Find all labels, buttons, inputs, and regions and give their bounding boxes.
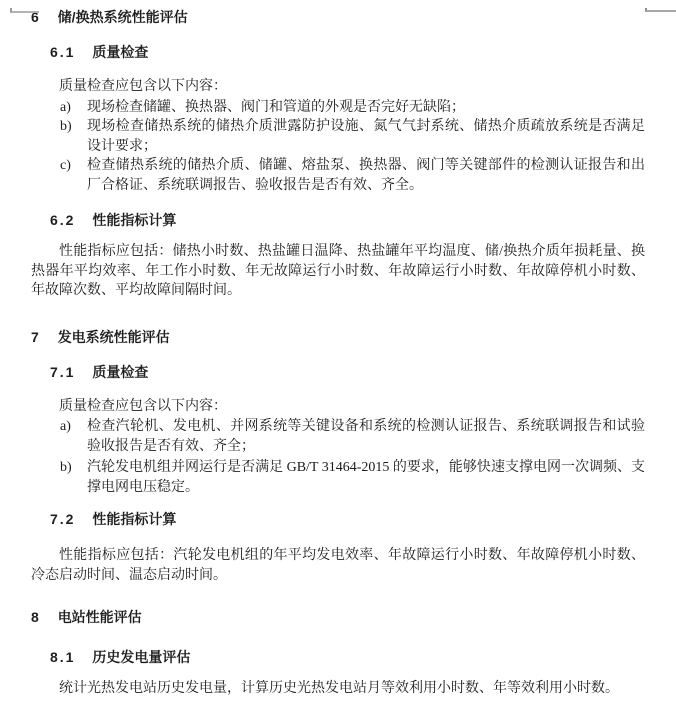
subsection-6-2-paragraph: 性能指标应包括：储热小时数、热盐罐日温降、热盐罐年平均温度、储/换热介质年损耗量… bbox=[31, 242, 645, 301]
subsection-8-1-heading: 8.1 历史发电量评估 bbox=[31, 648, 645, 666]
subsection-6-2-heading: 6.2 性能指标计算 bbox=[31, 211, 645, 229]
list-marker: a) bbox=[60, 417, 71, 437]
subsection-7-1-title: 质量检查 bbox=[92, 364, 148, 380]
subsection-7-1-list: a) 检查汽轮机、发电机、并网系统等关键设备和系统的检测认证报告、系统联调报告和… bbox=[31, 417, 645, 497]
ruler-edge-artifact-right bbox=[645, 8, 676, 12]
list-marker: a) bbox=[60, 98, 71, 118]
subsection-7-1-intro: 质量检查应包含以下内容： bbox=[31, 397, 645, 417]
list-item-text: 汽轮发电机组并网运行是否满足 GB/T 31464-2015 的要求，能够快速支… bbox=[87, 460, 645, 495]
list-item: c) 检查储热系统的储热介质、储罐、熔盐泵、换热器、阀门等关键部件的检测认证报告… bbox=[31, 156, 645, 195]
section-7-number: 7 bbox=[31, 328, 41, 346]
subsection-7-2-number: 7.2 bbox=[50, 510, 75, 528]
subsection-6-2-number: 6.2 bbox=[50, 211, 75, 229]
subsection-8-1-number: 8.1 bbox=[50, 648, 75, 666]
list-item-text: 现场检查储罐、换热器、阀门和管道的外观是否完好无缺陷； bbox=[87, 100, 465, 115]
section-6-heading: 6 储/换热系统性能评估 bbox=[31, 8, 645, 26]
subsection-7-2-heading: 7.2 性能指标计算 bbox=[31, 510, 645, 528]
ruler-edge-artifact-left bbox=[10, 8, 39, 13]
subsection-6-2-title: 性能指标计算 bbox=[92, 212, 176, 228]
list-marker: c) bbox=[60, 156, 71, 176]
section-8-heading: 8 电站性能评估 bbox=[31, 608, 645, 626]
list-marker: b) bbox=[60, 117, 72, 137]
subsection-7-2-title: 性能指标计算 bbox=[92, 511, 176, 527]
subsection-6-1-list: a) 现场检查储罐、换热器、阀门和管道的外观是否完好无缺陷； b) 现场检查储热… bbox=[31, 98, 645, 196]
subsection-6-1-intro: 质量检查应包含以下内容： bbox=[31, 77, 645, 97]
list-item: a) 检查汽轮机、发电机、并网系统等关键设备和系统的检测认证报告、系统联调报告和… bbox=[31, 417, 645, 456]
list-item: b) 汽轮发电机组并网运行是否满足 GB/T 31464-2015 的要求，能够… bbox=[31, 458, 645, 497]
list-item: a) 现场检查储罐、换热器、阀门和管道的外观是否完好无缺陷； bbox=[31, 98, 645, 118]
subsection-8-1-paragraph: 统计光热发电站历史发电量，计算历史光热发电站月等效利用小时数、年等效利用小时数。 bbox=[31, 679, 645, 699]
section-6-title: 储/换热系统性能评估 bbox=[58, 9, 188, 25]
subsection-6-1-title: 质量检查 bbox=[92, 44, 148, 60]
list-marker: b) bbox=[60, 458, 72, 478]
subsection-7-1-number: 7.1 bbox=[50, 363, 75, 381]
subsection-6-1-heading: 6.1 质量检查 bbox=[31, 43, 645, 61]
section-8-number: 8 bbox=[31, 608, 41, 626]
list-item-text: 现场检查储热系统的储热介质泄露防护设施、氮气气封系统、储热介质疏放系统是否满足设… bbox=[87, 119, 645, 154]
list-item: b) 现场检查储热系统的储热介质泄露防护设施、氮气气封系统、储热介质疏放系统是否… bbox=[31, 117, 645, 156]
section-8-title: 电站性能评估 bbox=[58, 609, 142, 625]
document-page: 6 储/换热系统性能评估 6.1 质量检查 质量检查应包含以下内容： a) 现场… bbox=[0, 8, 676, 701]
section-7-heading: 7 发电系统性能评估 bbox=[31, 328, 645, 346]
subsection-7-2-paragraph: 性能指标应包括：汽轮发电机组的年平均发电效率、年故障运行小时数、年故障停机小时数… bbox=[31, 546, 645, 585]
list-item-text: 检查汽轮机、发电机、并网系统等关键设备和系统的检测认证报告、系统联调报告和试验验… bbox=[87, 419, 645, 454]
list-item-text: 检查储热系统的储热介质、储罐、熔盐泵、换热器、阀门等关键部件的检测认证报告和出厂… bbox=[87, 158, 645, 193]
subsection-8-1-title: 历史发电量评估 bbox=[92, 649, 190, 665]
subsection-6-1-number: 6.1 bbox=[50, 43, 75, 61]
subsection-7-1-heading: 7.1 质量检查 bbox=[31, 363, 645, 381]
section-7-title: 发电系统性能评估 bbox=[58, 329, 170, 345]
